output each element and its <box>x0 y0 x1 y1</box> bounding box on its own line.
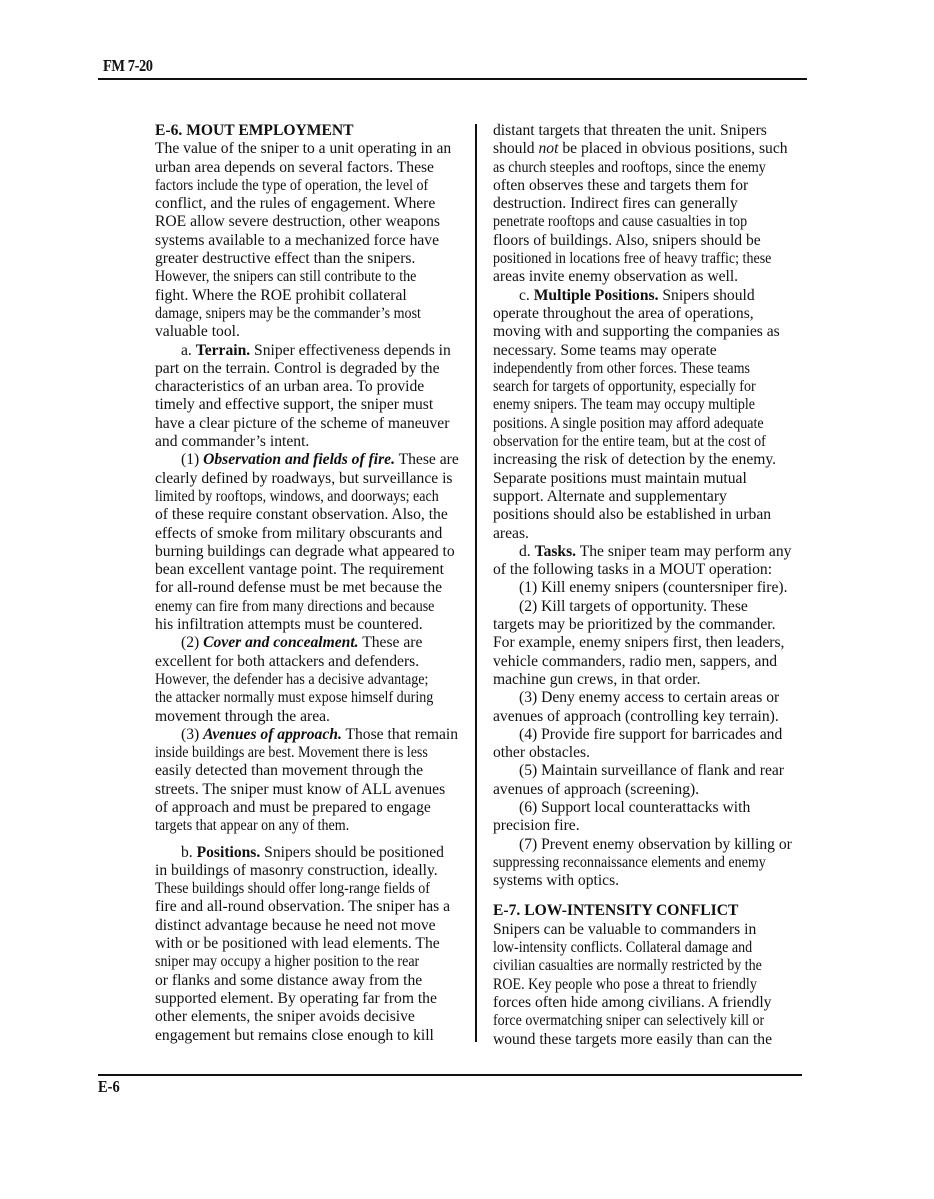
text-line: The value of the sniper to a unit operat… <box>155 140 465 158</box>
para-letter: c. <box>519 287 534 304</box>
text-line: Snipers should <box>658 287 754 304</box>
text-line: limited by rooftops, windows, and doorwa… <box>155 488 439 506</box>
para-number: (3) <box>181 726 203 743</box>
section-title-e6: E-6. MOUT EMPLOYMENT <box>155 122 465 140</box>
text-line: force overmatching sniper can selectivel… <box>493 1012 764 1030</box>
running-head: FM 7-20 <box>103 56 153 76</box>
text-line: vehicle commanders, radio men, sappers, … <box>493 653 803 671</box>
intro-paragraph: The value of the sniper to a unit operat… <box>155 140 465 341</box>
text-line: areas. <box>493 525 803 543</box>
para-heading-multiple-positions: Multiple Positions. <box>534 287 659 304</box>
text-line: with or be positioned with lead elements… <box>155 935 465 953</box>
text-line: support. Alternate and supplementary <box>493 488 803 506</box>
para-letter: a. <box>181 342 196 359</box>
task-item: (4) Provide fire support for barricades … <box>493 726 803 744</box>
text-line: suppressing reconnaissance elements and … <box>493 854 766 872</box>
text-line: bean excellent vantage point. The requir… <box>155 561 465 579</box>
multiple-positions-paragraph: c. Multiple Positions. Snipers should op… <box>493 287 803 543</box>
text-line: enemy can fire from many directions and … <box>155 598 434 616</box>
text-line: supported element. By operating far from… <box>155 990 465 1008</box>
text-line: low-intensity conflicts. Collateral dama… <box>493 939 752 957</box>
header-rule <box>98 78 807 80</box>
text-line: and commander’s intent. <box>155 433 465 451</box>
text-line: targets may be prioritized by the comman… <box>493 616 803 634</box>
right-column: distant targets that threaten the unit. … <box>493 122 803 1049</box>
text-line: often observes these and targets them fo… <box>493 177 803 195</box>
text-line: targets that appear on any of them. <box>155 817 349 835</box>
text-line: positioned in locations free of heavy tr… <box>493 250 771 268</box>
para-heading-tasks: Tasks. <box>535 543 576 560</box>
text-line: enemy snipers. The team may occupy multi… <box>493 396 755 414</box>
spacer <box>155 836 465 844</box>
text-line: areas invite enemy observation as well. <box>493 268 803 286</box>
text-line: part on the terrain. Control is degraded… <box>155 360 465 378</box>
text-line: moving with and supporting the companies… <box>493 323 803 341</box>
para-heading-positions: Positions. <box>197 844 261 861</box>
text-line: penetrate rooftops and cause casualties … <box>493 213 747 231</box>
text-line: should <box>493 140 539 157</box>
para-number: (2) <box>181 634 203 651</box>
task-item: (3) Deny enemy access to certain areas o… <box>493 689 803 707</box>
text-line: increasing the risk of detection by the … <box>493 451 803 469</box>
text-line: engagement but remains close enough to k… <box>155 1027 465 1045</box>
text-line: urban area depends on several factors. T… <box>155 159 465 177</box>
text-line: valuable tool. <box>155 323 465 341</box>
tasks-paragraph: d. Tasks. The sniper team may perform an… <box>493 543 803 891</box>
text-line: of approach and must be prepared to enga… <box>155 799 465 817</box>
text-line: fight. Where the ROE prohibit collateral <box>155 287 465 305</box>
text-line: systems available to a mechanized force … <box>155 232 465 250</box>
text-line: timely and effective support, the sniper… <box>155 396 465 414</box>
text-line: avenues of approach (controlling key ter… <box>493 708 803 726</box>
para-heading-cover: Cover and concealment. <box>203 634 359 651</box>
text-line: be placed in obvious positions, such <box>558 140 787 157</box>
text-line: These are <box>359 634 423 651</box>
para-number: (1) <box>181 451 203 468</box>
text-line: independently from other forces. These t… <box>493 360 750 378</box>
text-line: Snipers should be positioned <box>260 844 444 861</box>
text-line: effects of smoke from military obscurant… <box>155 525 465 543</box>
text-line: clearly defined by roadways, but surveil… <box>155 470 465 488</box>
text-line: burning buildings can degrade what appea… <box>155 543 465 561</box>
task-item: (6) Support local counterattacks with <box>493 799 803 817</box>
text-line: Snipers can be valuable to commanders in <box>493 921 803 939</box>
task-item: (7) Prevent enemy observation by killing… <box>493 836 803 854</box>
text-line: of the following tasks in a MOUT operati… <box>493 561 803 579</box>
text-line: operate throughout the area of operation… <box>493 305 803 323</box>
terrain-paragraph: a. Terrain. Sniper effectiveness depends… <box>155 342 465 452</box>
text-line: for all-round defense must be met becaus… <box>155 579 465 597</box>
text-line: conflict, and the rules of engagement. W… <box>155 195 465 213</box>
text-line: distant targets that threaten the unit. … <box>493 122 803 140</box>
text-line: easily detected than movement through th… <box>155 762 465 780</box>
text-line: excellent for both attackers and defende… <box>155 653 465 671</box>
text-line: inside buildings are best. Movement ther… <box>155 744 428 762</box>
text-line: Separate positions must maintain mutual <box>493 470 803 488</box>
text-line: as church steeples and rooftops, since t… <box>493 159 766 177</box>
text-line: wound these targets more easily than can… <box>493 1031 803 1049</box>
text-line: factors include the type of operation, t… <box>155 177 428 195</box>
text-line: or flanks and some distance away from th… <box>155 972 465 990</box>
text-line: machine gun crews, in that order. <box>493 671 803 689</box>
text-line: fire and all-round observation. The snip… <box>155 898 465 916</box>
text-line: his infiltration attempts must be counte… <box>155 616 465 634</box>
spacer <box>493 890 803 902</box>
avenues-paragraph: (3) Avenues of approach. Those that rema… <box>155 726 465 836</box>
text-line: greater destructive effect than the snip… <box>155 250 465 268</box>
column-divider <box>475 124 477 1042</box>
text-line: positions should also be established in … <box>493 506 803 524</box>
text-line: have a clear picture of the scheme of ma… <box>155 415 465 433</box>
emphasis-not: not <box>539 140 559 157</box>
positions-paragraph: b. Positions. Snipers should be position… <box>155 844 465 1045</box>
para-letter: b. <box>181 844 197 861</box>
text-line: systems with optics. <box>493 872 803 890</box>
text-line: of these require constant observation. A… <box>155 506 465 524</box>
text-line: damage, snipers may be the commander’s m… <box>155 305 421 323</box>
footer-rule <box>98 1074 802 1076</box>
positions-continued-paragraph: distant targets that threaten the unit. … <box>493 122 803 287</box>
para-heading-terrain: Terrain. <box>196 342 250 359</box>
task-item: (5) Maintain surveillance of flank and r… <box>493 762 803 780</box>
text-line: necessary. Some teams may operate <box>493 342 803 360</box>
text-line: search for targets of opportunity, espec… <box>493 378 756 396</box>
text-line: These are <box>395 451 459 468</box>
task-item: (2) Kill targets of opportunity. These <box>493 598 803 616</box>
text-line: ROE. Key people who pose a threat to fri… <box>493 976 757 994</box>
section-title-e7: E-7. LOW-INTENSITY CONFLICT <box>493 902 803 920</box>
text-line: For example, enemy snipers first, then l… <box>493 634 803 652</box>
e7-paragraph: Snipers can be valuable to commanders in… <box>493 921 803 1049</box>
text-line: distinct advantage because he need not m… <box>155 917 465 935</box>
text-line: avenues of approach (screening). <box>493 781 803 799</box>
para-letter: d. <box>519 543 535 560</box>
text-line: Those that remain <box>342 726 458 743</box>
text-line: These buildings should offer long-range … <box>155 880 430 898</box>
text-line: The sniper team may perform any <box>576 543 791 560</box>
page-number: E-6 <box>98 1077 120 1097</box>
text-line: positions. A single position may afford … <box>493 415 764 433</box>
text-line: However, the defender has a decisive adv… <box>155 671 428 689</box>
text-line: other elements, the sniper avoids decisi… <box>155 1008 465 1026</box>
text-line: other obstacles. <box>493 744 803 762</box>
text-line: precision fire. <box>493 817 803 835</box>
text-line: destruction. Indirect fires can generall… <box>493 195 803 213</box>
text-line: movement through the area. <box>155 708 465 726</box>
text-line: forces often hide among civilians. A fri… <box>493 994 803 1012</box>
left-column: E-6. MOUT EMPLOYMENT The value of the sn… <box>155 122 465 1045</box>
text-line: characteristics of an urban area. To pro… <box>155 378 465 396</box>
text-line: ROE allow severe destruction, other weap… <box>155 213 465 231</box>
text-line: the attacker normally must expose himsel… <box>155 689 433 707</box>
text-line: in buildings of masonry construction, id… <box>155 862 465 880</box>
text-line: streets. The sniper must know of ALL ave… <box>155 781 465 799</box>
task-item: (1) Kill enemy snipers (countersniper fi… <box>493 579 803 597</box>
para-heading-avenues: Avenues of approach. <box>203 726 342 743</box>
text-line: observation for the entire team, but at … <box>493 433 766 451</box>
cover-paragraph: (2) Cover and concealment. These are exc… <box>155 634 465 725</box>
text-line: Sniper effectiveness depends in <box>250 342 451 359</box>
text-line: However, the snipers can still contribut… <box>155 268 416 286</box>
text-line: sniper may occupy a higher position to t… <box>155 953 419 971</box>
text-line: floors of buildings. Also, snipers shoul… <box>493 232 803 250</box>
text-line: civilian casualties are normally restric… <box>493 957 762 975</box>
para-heading-observation: Observation and fields of fire. <box>203 451 395 468</box>
observation-paragraph: (1) Observation and fields of fire. Thes… <box>155 451 465 634</box>
